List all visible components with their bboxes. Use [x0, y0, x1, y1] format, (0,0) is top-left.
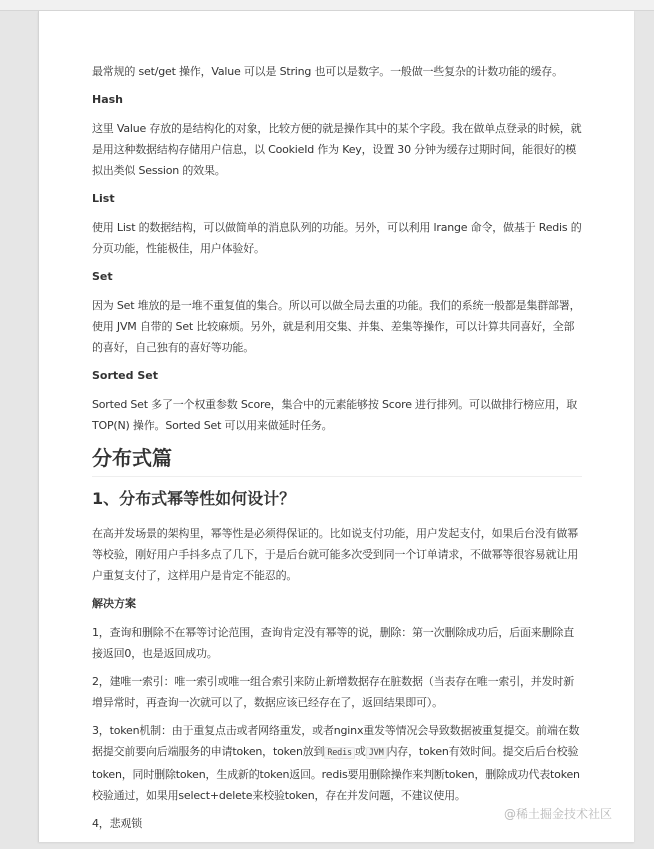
intro-paragraph: 最常规的 set/get 操作，Value 可以是 String 也可以是数字。…	[92, 61, 582, 82]
solution-item-1: 1，查询和删除不在幂等讨论范围，查询肯定没有幂等的说，删除：第一次删除成功后，后…	[92, 622, 582, 664]
question-intro: 在高并发场景的架构里，幂等性是必须得保证的。比如说支付功能，用户发起支付，如果后…	[92, 523, 582, 586]
inline-code-redis: Redis	[324, 747, 355, 759]
solution-item-2: 2，建唯一索引：唯一索引或唯一组合索引来防止新增数据存在脏数据（当表存在唯一索引…	[92, 671, 582, 713]
section-body-set: 因为 Set 堆放的是一堆不重复值的集合。所以可以做全局去重的功能。我们的系统一…	[92, 295, 582, 358]
inline-code-jvm: JVM	[366, 747, 387, 759]
chapter-title: 分布式篇	[92, 443, 582, 477]
viewer-top-bar	[0, 0, 654, 11]
watermark: @稀土掘金技术社区	[504, 805, 612, 822]
section-heading-list: List	[92, 188, 582, 209]
section-body-hash: 这里 Value 存放的是结构化的对象，比较方便的就是操作其中的某个字段。我在做…	[92, 118, 582, 181]
section-body-list: 使用 List 的数据结构，可以做简单的消息队列的功能。另外，可以利用 lran…	[92, 217, 582, 259]
solution-3-text-b: 或	[355, 745, 366, 758]
section-heading-sorted-set: Sorted Set	[92, 365, 582, 386]
section-heading-set: Set	[92, 266, 582, 287]
solution-item-3: 3，token机制：由于重复点击或者网络重发，或者nginx重发等情况会导致数据…	[92, 720, 582, 806]
section-body-sorted-set: Sorted Set 多了一个权重参数 Score，集合中的元素能够按 Scor…	[92, 394, 582, 436]
section-heading-hash: Hash	[92, 89, 582, 110]
document-content: 最常规的 set/get 操作，Value 可以是 String 也可以是数字。…	[92, 61, 582, 841]
document-page: 最常规的 set/get 操作，Value 可以是 String 也可以是数字。…	[38, 11, 634, 842]
solution-heading: 解决方案	[92, 593, 582, 614]
question-title: 1、分布式幂等性如何设计？	[92, 485, 582, 513]
